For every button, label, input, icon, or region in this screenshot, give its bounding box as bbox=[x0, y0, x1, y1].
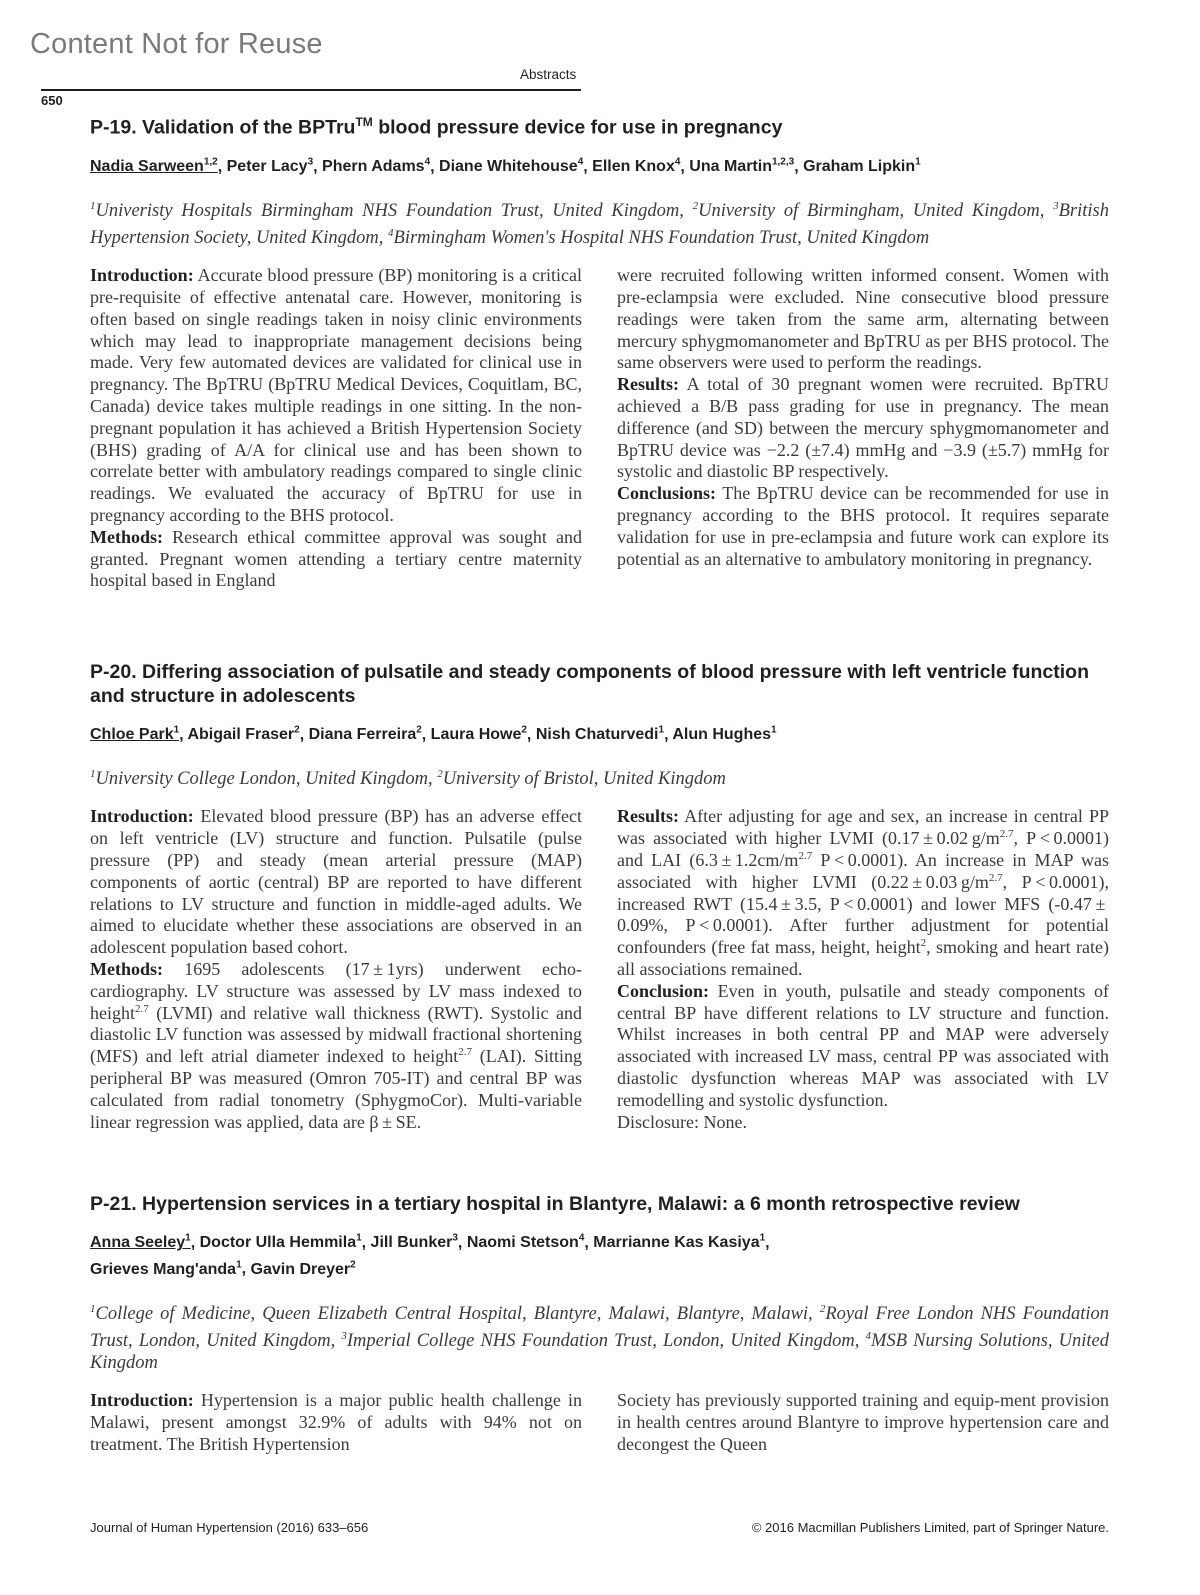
abstract-p19: P-19. Validation of the BPTruTM blood pr… bbox=[90, 110, 1109, 592]
abstract-body: Introduction: Hypertension is a major pu… bbox=[90, 1390, 1109, 1455]
running-head: Abstracts bbox=[520, 67, 576, 82]
author-list: Chloe Park1, Abigail Fraser2, Diana Ferr… bbox=[90, 720, 1109, 746]
author: Abigail Fraser2 bbox=[187, 726, 299, 743]
results-paragraph: Results: A total of 30 pregnant women we… bbox=[617, 374, 1109, 483]
author: Una Martin1,2,3 bbox=[689, 158, 794, 175]
methods-paragraph: Methods: 1695 adolescents (17 ± 1yrs) un… bbox=[90, 959, 582, 1133]
author: Grieves Mang'anda1 bbox=[90, 1261, 242, 1278]
watermark: Content Not for Reuse bbox=[30, 28, 323, 61]
left-column: Introduction: Hypertension is a major pu… bbox=[90, 1390, 582, 1455]
footer-copyright: © 2016 Macmillan Publishers Limited, par… bbox=[752, 1520, 1109, 1535]
author-presenter: Nadia Sarween1,2 bbox=[90, 158, 218, 175]
author: Nish Chaturvedi1 bbox=[536, 726, 664, 743]
affiliations: 1College of Medicine, Queen Elizabeth Ce… bbox=[90, 1298, 1109, 1374]
author: Diana Ferreira2 bbox=[309, 726, 422, 743]
page-number: 650 bbox=[41, 93, 63, 108]
affiliations: 1University College London, United Kingd… bbox=[90, 763, 1109, 790]
conclusion-paragraph: Conclusion: Even in youth, pulsatile and… bbox=[617, 981, 1109, 1112]
author: Peter Lacy3 bbox=[227, 158, 314, 175]
author-list: Anna Seeley1, Doctor Ulla Hemmila1, Jill… bbox=[90, 1228, 1109, 1281]
author: Alun Hughes1 bbox=[672, 726, 776, 743]
introduction-paragraph: Introduction: Accurate blood pressure (B… bbox=[90, 265, 582, 527]
right-column: were recruited following written informe… bbox=[617, 265, 1109, 592]
disclosure: Disclosure: None. bbox=[617, 1112, 1109, 1134]
results-paragraph: Results: After adjusting for age and sex… bbox=[617, 806, 1109, 980]
right-column: Society has previously supported trainin… bbox=[617, 1390, 1109, 1455]
author: Diane Whitehouse4 bbox=[439, 158, 583, 175]
introduction-continued: Society has previously supported trainin… bbox=[617, 1390, 1109, 1455]
abstract-p20: P-20. Differing association of pulsatile… bbox=[90, 660, 1109, 1133]
author: Naomi Stetson4 bbox=[467, 1234, 585, 1251]
right-column: Results: After adjusting for age and sex… bbox=[617, 806, 1109, 1133]
methods-continued: were recruited following written informe… bbox=[617, 265, 1109, 374]
author-presenter: Chloe Park1 bbox=[90, 726, 179, 743]
author: Jill Bunker3 bbox=[371, 1234, 458, 1251]
author: Ellen Knox4 bbox=[592, 158, 680, 175]
left-column: Introduction: Elevated blood pressure (B… bbox=[90, 806, 582, 1133]
introduction-paragraph: Introduction: Elevated blood pressure (B… bbox=[90, 806, 582, 959]
author: Graham Lipkin1 bbox=[803, 158, 921, 175]
author: Doctor Ulla Hemmila1 bbox=[200, 1234, 362, 1251]
methods-paragraph: Methods: Research ethical committee appr… bbox=[90, 527, 582, 592]
abstract-body: Introduction: Accurate blood pressure (B… bbox=[90, 265, 1109, 592]
abstract-title: P-21. Hypertension services in a tertiar… bbox=[90, 1192, 1109, 1216]
affiliations: 1Univeristy Hospitals Birmingham NHS Fou… bbox=[90, 195, 1109, 249]
abstract-title: P-19. Validation of the BPTruTM blood pr… bbox=[90, 110, 1109, 140]
author: Gavin Dreyer2 bbox=[251, 1261, 356, 1278]
abstract-title: P-20. Differing association of pulsatile… bbox=[90, 660, 1109, 708]
author: Laura Howe2 bbox=[431, 726, 527, 743]
author-presenter: Anna Seeley1 bbox=[90, 1234, 191, 1251]
abstract-p21: P-21. Hypertension services in a tertiar… bbox=[90, 1192, 1109, 1455]
author: Marrianne Kas Kasiya1 bbox=[593, 1234, 765, 1251]
abstract-body: Introduction: Elevated blood pressure (B… bbox=[90, 806, 1109, 1133]
author-list: Nadia Sarween1,2, Peter Lacy3, Phern Ada… bbox=[90, 152, 1109, 178]
left-column: Introduction: Accurate blood pressure (B… bbox=[90, 265, 582, 592]
header-rule bbox=[41, 89, 581, 91]
introduction-paragraph: Introduction: Hypertension is a major pu… bbox=[90, 1390, 582, 1455]
author: Phern Adams4 bbox=[322, 158, 430, 175]
conclusions-paragraph: Conclusions: The BpTRU device can be rec… bbox=[617, 483, 1109, 570]
footer-journal-citation: Journal of Human Hypertension (2016) 633… bbox=[90, 1520, 368, 1535]
